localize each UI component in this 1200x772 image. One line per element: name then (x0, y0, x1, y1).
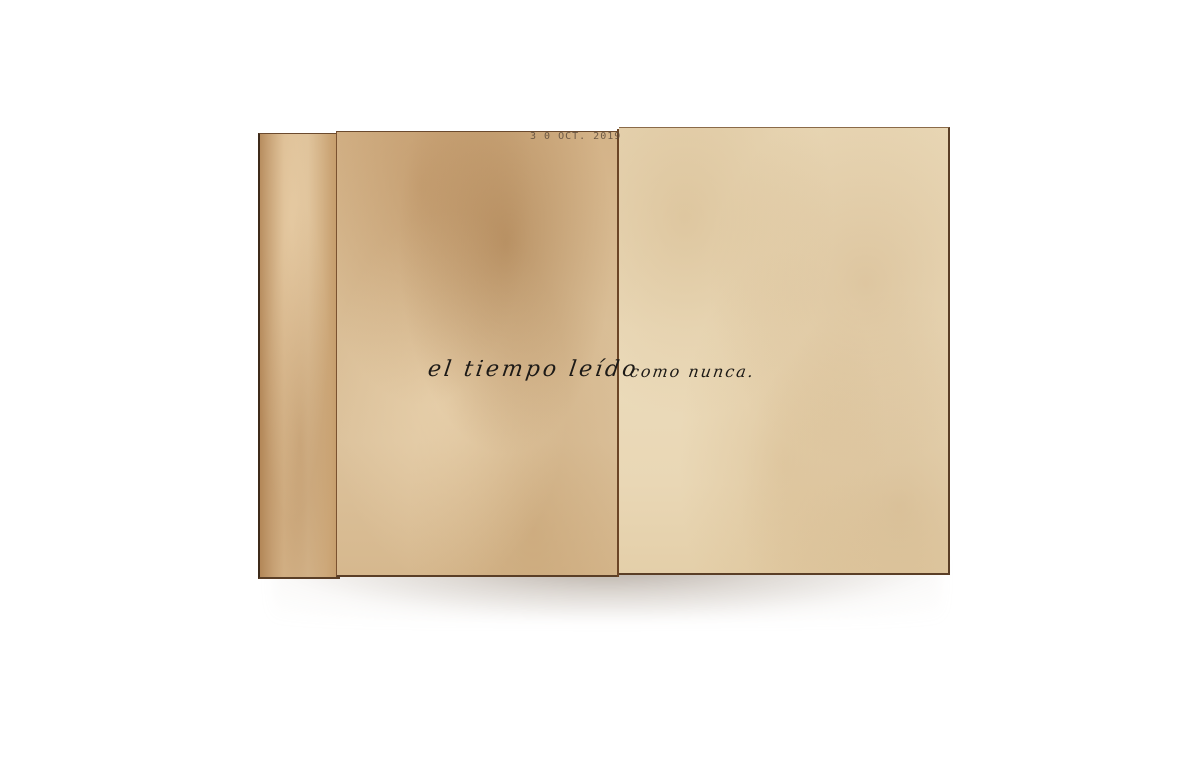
handwritten-text-left: el tiempo leído (426, 357, 640, 382)
date-stamp: 3 0 OCT. 2019 (530, 131, 621, 142)
aged-book (258, 127, 950, 583)
left-page (336, 131, 618, 577)
book-spine-flap (258, 133, 340, 579)
photo-scene: 3 0 OCT. 2019 el tiempo leído como nunca… (0, 0, 1200, 772)
right-page (619, 127, 950, 575)
handwritten-text-right: como nunca. (629, 362, 757, 381)
